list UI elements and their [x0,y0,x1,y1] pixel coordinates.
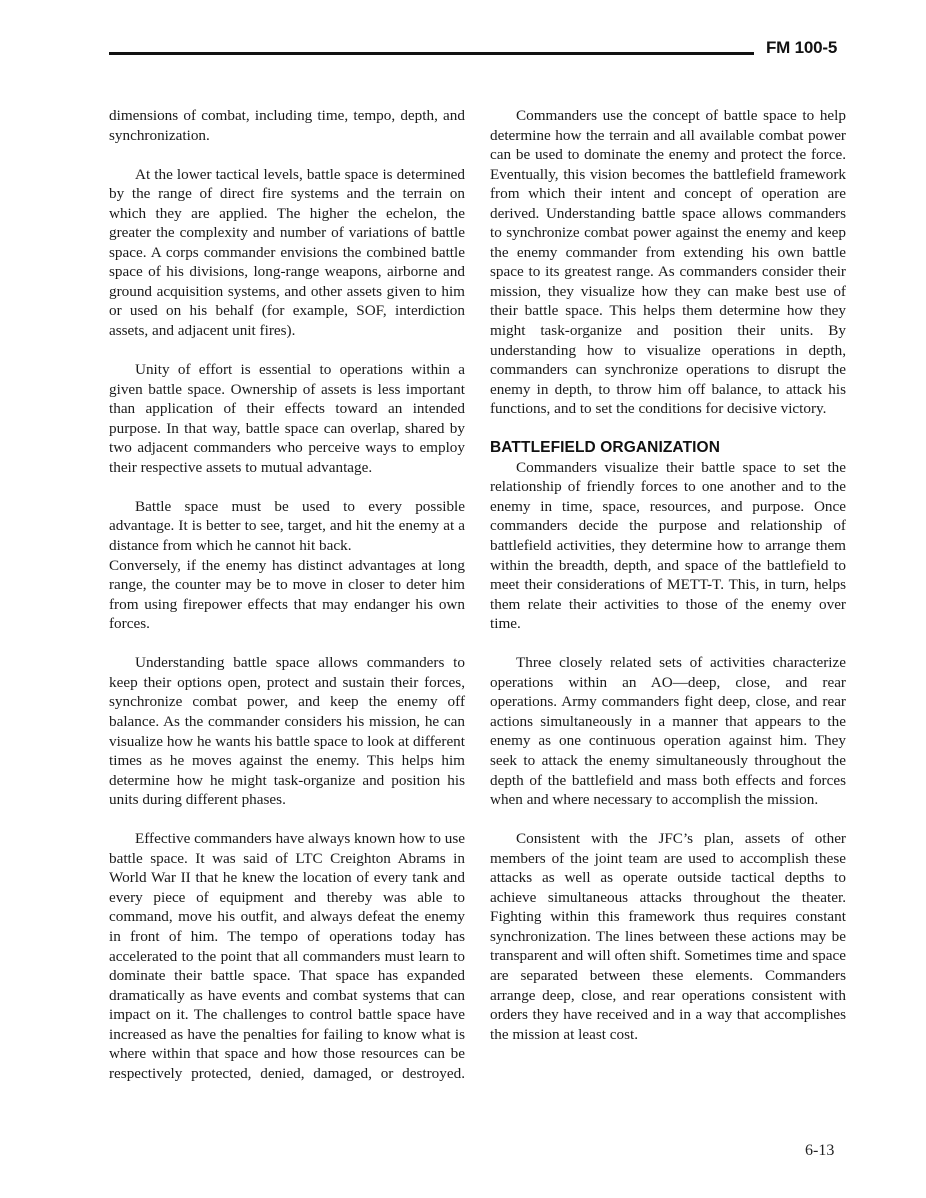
paragraph: Understanding battle space allows comman… [109,653,465,809]
paragraph: Three closely related sets of activities… [490,653,846,809]
right-column: Commanders use the concept of battle spa… [490,106,846,1064]
paragraph: Commanders visualize their battle space … [490,458,846,634]
header-rule [109,52,754,55]
page-number: 6-13 [805,1142,834,1160]
paragraph: Unity of effort is essential to operatio… [109,360,465,477]
paragraph-continuation: dimensions of combat, including time, te… [109,106,465,145]
paragraph: Battle space must be used to every possi… [109,497,465,556]
paragraph: Commanders use the concept of battle spa… [490,106,846,419]
paragraph: Conversely, if the enemy has distinct ad… [109,556,465,634]
paragraph: Effective commanders have always known h… [109,829,465,1083]
paragraph: At the lower tactical levels, battle spa… [109,165,465,341]
paragraph: Consistent with the JFC’s plan, assets o… [490,829,846,1044]
left-column: dimensions of combat, including time, te… [109,106,465,1103]
section-heading: BATTLEFIELD ORGANIZATION [490,438,846,458]
document-id: FM 100-5 [766,38,837,58]
